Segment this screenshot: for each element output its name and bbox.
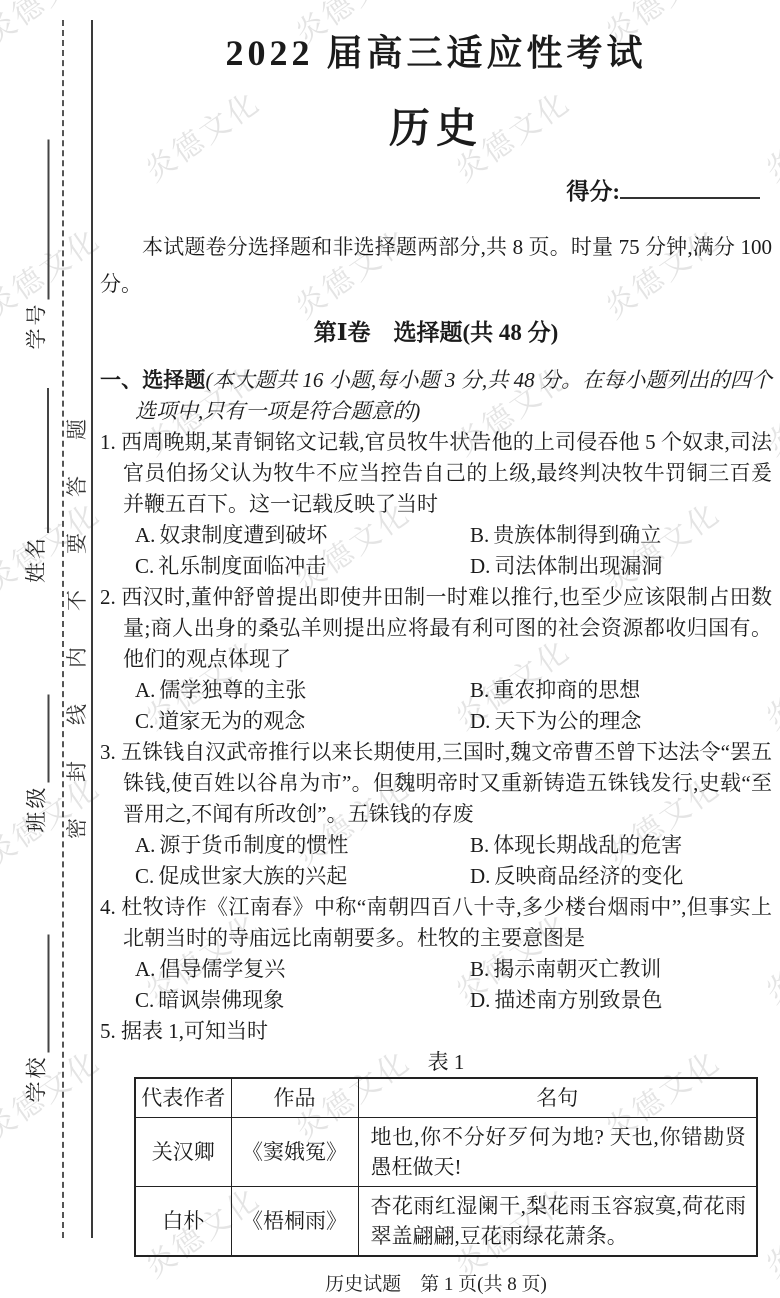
table-caption: 表 1 [134,1049,758,1075]
option-b: B.贵族体制得到确立 [470,520,661,551]
cell-work: 《梧桐雨》 [231,1187,358,1257]
option-c: C.礼乐制度面临冲击 [135,551,470,582]
question-stem: 1. 西周晚期,某青铜铭文记载,官员牧牛状告他的上司侵吞他 5 个奴隶,司法官员… [100,427,772,520]
question-number: 3. [100,740,116,764]
header-cell-work: 作品 [231,1078,358,1118]
table-row: 关汉卿 《窦娥冤》 地也,你不分好歹何为地? 天也,你错勘贤愚枉做天! [135,1118,757,1187]
options-row: A.奴隶制度遭到破坏 B.贵族体制得到确立 [135,520,772,551]
option-c: C.暗讽崇佛现象 [135,985,470,1016]
options-row: C.礼乐制度面临冲击 D.司法体制出现漏洞 [135,551,772,582]
option-c: C.促成世家大族的兴起 [135,861,470,892]
question-3: 3. 五铢钱自汉武帝推行以来长期使用,三国时,魏文帝曹丕曾下达法令“罢五铢钱,使… [100,737,772,892]
subject-title: 历史 [100,104,772,152]
name-blank-line [33,388,49,533]
margin-label-name: 姓名 [23,373,49,583]
seal-phrase: 密封线内不要答题 [64,379,90,839]
question-2: 2. 西汉时,董仲舒曾提出即使井田制一时难以推行,也至少应该限制占田数量;商人出… [100,582,772,737]
table-header-row: 代表作者 作品 名句 [135,1078,757,1118]
instruction-lead: 一、选择题 [100,368,206,392]
option-a: A.奴隶制度遭到破坏 [135,520,470,551]
instruction-detail: (本大题共 16 小题,每小题 3 分,共 48 分。在每小题列出的四个选项中,… [135,368,772,423]
mcq-instruction: 一、选择题(本大题共 16 小题,每小题 3 分,共 48 分。在每小题列出的四… [100,365,772,427]
option-b: B.重农抑商的思想 [470,675,640,706]
question-text: 杜牧诗作《江南春》中称“南朝四百八十寺,多少楼台烟雨中”,但事实上北朝当时的寺庙… [121,895,772,950]
question-1: 1. 西周晚期,某青铜铭文记载,官员牧牛状告他的上司侵吞他 5 个奴隶,司法官员… [100,427,772,582]
option-a: A.倡导儒学复兴 [135,954,470,985]
question-number: 1. [100,430,116,454]
question-number: 5. [100,1019,116,1043]
main-content: 2022 届高三适应性考试 历史 得分: 本试题卷分选择题和非选择题两部分,共 … [100,0,772,1297]
option-c: C.道家无为的观念 [135,706,470,737]
header-cell-quote: 名句 [358,1078,757,1118]
cell-author: 关汉卿 [135,1118,231,1187]
class-blank-line [34,695,50,783]
question-stem: 4. 杜牧诗作《江南春》中称“南朝四百八十寺,多少楼台烟雨中”,但事实上北朝当时… [100,892,772,954]
score-blank-line [620,179,760,199]
question-stem: 2. 西汉时,董仲舒曾提出即使井田制一时难以推行,也至少应该限制占田数量;商人出… [100,582,772,675]
question-text: 五铢钱自汉武帝推行以来长期使用,三国时,魏文帝曹丕曾下达法令“罢五铢钱,使百姓以… [121,740,772,826]
options-row: A.源于货币制度的惯性 B.体现长期战乱的危害 [135,830,772,861]
name-label: 姓名 [24,535,48,583]
school-label: 学校 [25,1055,49,1103]
exam-title: 2022 届高三适应性考试 [100,30,772,76]
options-grid: A.儒学独尊的主张 B.重农抑商的思想 C.道家无为的观念 D.天下为公的理念 [100,675,772,737]
class-label: 班级 [25,785,49,833]
option-d: D.反映商品经济的变化 [470,861,683,892]
score-label: 得分: [566,179,620,204]
option-a: A.儒学独尊的主张 [135,675,470,706]
table-row: 白朴 《梧桐雨》 杏花雨红湿阑干,梨花雨玉容寂寞,荷花雨翠盖翩翩,豆花雨绿花萧条… [135,1187,757,1257]
question5-data-table: 代表作者 作品 名句 关汉卿 《窦娥冤》 地也,你不分好歹何为地? 天也,你错勘… [134,1077,758,1257]
question-number: 4. [100,895,116,919]
options-row: C.暗讽崇佛现象 D.描述南方别致景色 [135,985,772,1016]
school-blank-line [34,935,50,1053]
question-text: 西周晚期,某青铜铭文记载,官员牧牛状告他的上司侵吞他 5 个奴隶,司法官员伯扬父… [121,430,772,516]
cell-quote: 地也,你不分好歹何为地? 天也,你错勘贤愚枉做天! [358,1118,757,1187]
question-text: 据表 1,可知当时 [121,1019,268,1043]
question-number: 2. [100,585,116,609]
question-5: 5. 据表 1,可知当时 [100,1016,772,1047]
question-4: 4. 杜牧诗作《江南春》中称“南朝四百八十寺,多少楼台烟雨中”,但事实上北朝当时… [100,892,772,1016]
score-row: 得分: [100,178,772,209]
margin-label-class: 班级 [24,680,50,833]
option-b: B.揭示南朝灭亡教训 [470,954,661,985]
question-stem: 5. 据表 1,可知当时 [100,1016,772,1047]
option-d: D.描述南方别致景色 [470,985,662,1016]
student-id-label: 学号 [25,302,49,350]
cell-author: 白朴 [135,1187,231,1257]
option-d: D.司法体制出现漏洞 [470,551,662,582]
header-cell-author: 代表作者 [135,1078,231,1118]
options-row: A.倡导儒学复兴 B.揭示南朝灭亡教训 [135,954,772,985]
options-row: C.促成世家大族的兴起 D.反映商品经济的变化 [135,861,772,892]
option-a: A.源于货币制度的惯性 [135,830,470,861]
page-footer: 历史试题 第 1 页(共 8 页) [100,1273,772,1297]
option-d: D.天下为公的理念 [470,706,641,737]
question-text: 西汉时,董仲舒曾提出即使井田制一时难以推行,也至少应该限制占田数量;商人出身的桑… [121,585,772,671]
seal-solid-line [91,20,93,1238]
options-row: C.道家无为的观念 D.天下为公的理念 [135,706,772,737]
margin-label-school: 学校 [24,920,50,1103]
cell-work: 《窦娥冤》 [231,1118,358,1187]
intro-paragraph: 本试题卷分选择题和非选择题两部分,共 8 页。时量 75 分钟,满分 100 分… [100,229,772,303]
options-row: A.儒学独尊的主张 B.重农抑商的思想 [135,675,772,706]
margin-label-student-id: 学号 [24,125,50,350]
options-grid: A.源于货币制度的惯性 B.体现长期战乱的危害 C.促成世家大族的兴起 D.反映… [100,830,772,892]
question-stem: 3. 五铢钱自汉武帝推行以来长期使用,三国时,魏文帝曹丕曾下达法令“罢五铢钱,使… [100,737,772,830]
exam-page: { "watermark": { "text": "炎德文化" }, "marg… [0,0,780,1298]
section1-title: 第Ⅰ卷 选择题(共 48 分) [100,315,772,351]
options-grid: A.倡导儒学复兴 B.揭示南朝灭亡教训 C.暗讽崇佛现象 D.描述南方别致景色 [100,954,772,1016]
cell-quote: 杏花雨红湿阑干,梨花雨玉容寂寞,荷花雨翠盖翩翩,豆花雨绿花萧条。 [358,1187,757,1257]
option-b: B.体现长期战乱的危害 [470,830,682,861]
student-id-blank-line [34,140,50,300]
options-grid: A.奴隶制度遭到破坏 B.贵族体制得到确立 C.礼乐制度面临冲击 D.司法体制出… [100,520,772,582]
